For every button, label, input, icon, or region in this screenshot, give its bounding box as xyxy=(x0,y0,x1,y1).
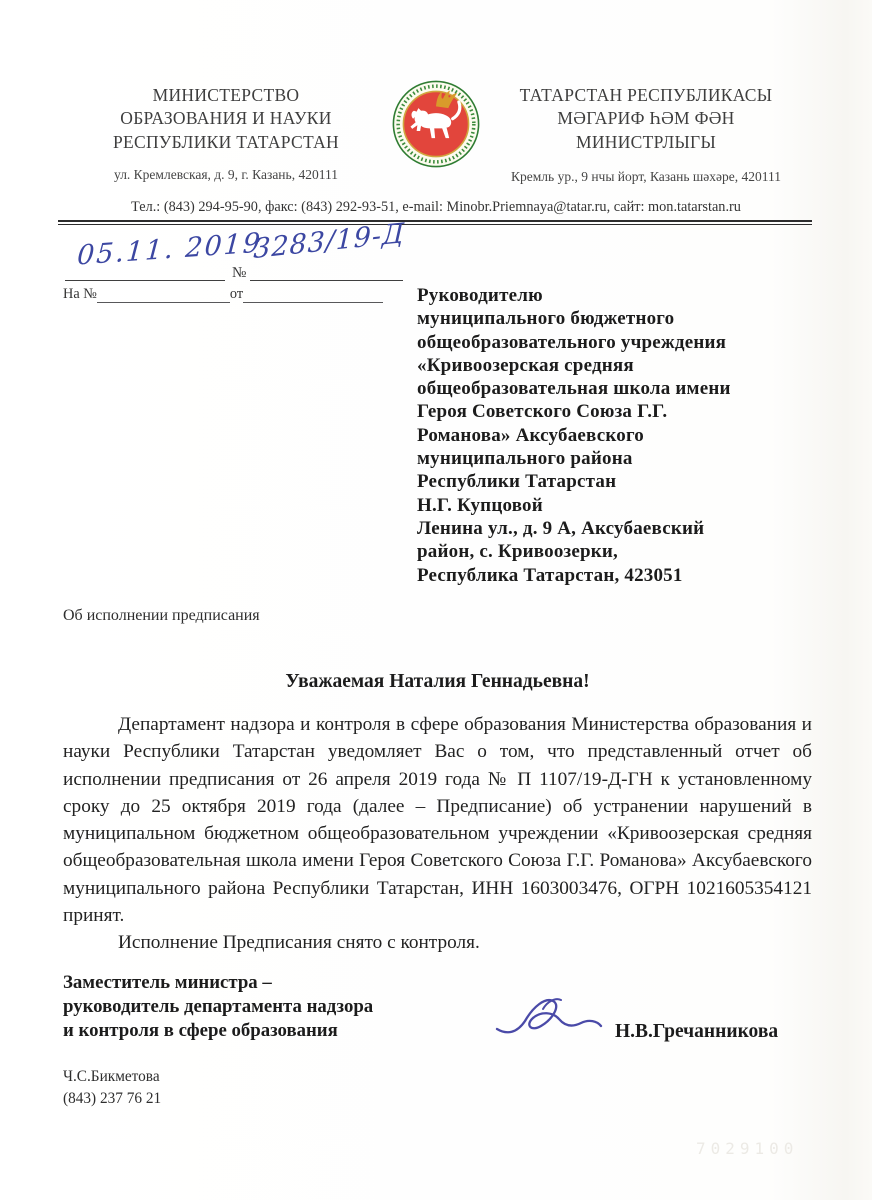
executor-phone: (843) 237 76 21 xyxy=(63,1088,161,1110)
ministry-name-tatar-block: ТАТАРСТАН РЕСПУБЛИКАСЫ МӘГАРИФ ҺӘМ ФӘН М… xyxy=(480,84,812,185)
signature-block: Заместитель министра – руководитель депа… xyxy=(63,971,812,1061)
date-underline xyxy=(65,280,225,281)
ministry-address-tatar: Кремль ур., 9 нчы йорт, Казань шәхәре, 4… xyxy=(480,169,812,185)
letterhead: МИНИСТЕРСТВО ОБРАЗОВАНИЯ И НАУКИ РЕСПУБЛ… xyxy=(60,84,812,185)
scanned-letter-page: МИНИСТЕРСТВО ОБРАЗОВАНИЯ И НАУКИ РЕСПУБЛ… xyxy=(0,0,872,1200)
signer-position: Заместитель министра – руководитель депа… xyxy=(63,971,423,1042)
ministry-name-tatar: ТАТАРСТАН РЕСПУБЛИКАСЫ МӘГАРИФ ҺӘМ ФӘН М… xyxy=(480,84,812,154)
ministry-address-russian: ул. Кремлевская, д. 9, г. Казань, 420111 xyxy=(60,167,392,183)
reply-from-label: от xyxy=(230,286,243,302)
tatarstan-emblem-icon xyxy=(392,80,480,168)
reply-date-blank xyxy=(243,288,383,303)
body-paragraph-2: Исполнение Предписания снято с контроля. xyxy=(63,929,812,956)
recipient-address-block: Руководителю муниципального бюджетного о… xyxy=(417,284,812,587)
reply-number-label: На № xyxy=(63,286,97,302)
handwritten-signature-icon xyxy=(491,993,606,1056)
reply-reference-row: На №от xyxy=(63,286,383,303)
contact-line: Тел.: (843) 294-95-90, факс: (843) 292-9… xyxy=(60,199,812,216)
ministry-name-russian: МИНИСТЕРСТВО ОБРАЗОВАНИЯ И НАУКИ РЕСПУБЛ… xyxy=(60,84,392,154)
reference-area: 05.11. 2019 № 3283/19-Д На №от Руководит… xyxy=(63,226,812,606)
reply-number-blank xyxy=(97,288,230,303)
letterhead-divider xyxy=(58,220,812,225)
ministry-name-russian-block: МИНИСТЕРСТВО ОБРАЗОВАНИЯ И НАУКИ РЕСПУБЛ… xyxy=(60,84,392,183)
subject-line: Об исполнении предписания xyxy=(63,607,260,625)
number-underline xyxy=(250,280,403,281)
salutation: Уважаемая Наталия Геннадьевна! xyxy=(63,671,812,693)
faint-scan-number: 7029100 xyxy=(696,1139,798,1158)
executor-name: Ч.С.Бикметова xyxy=(63,1066,161,1088)
number-sign: № xyxy=(232,265,246,282)
executor-block: Ч.С.Бикметова (843) 237 76 21 xyxy=(63,1066,161,1109)
letter-body: Департамент надзора и контроля в сфере о… xyxy=(63,711,812,957)
body-paragraph-1: Департамент надзора и контроля в сфере о… xyxy=(63,711,812,929)
signer-name: Н.В.Гречанникова xyxy=(615,1021,778,1043)
